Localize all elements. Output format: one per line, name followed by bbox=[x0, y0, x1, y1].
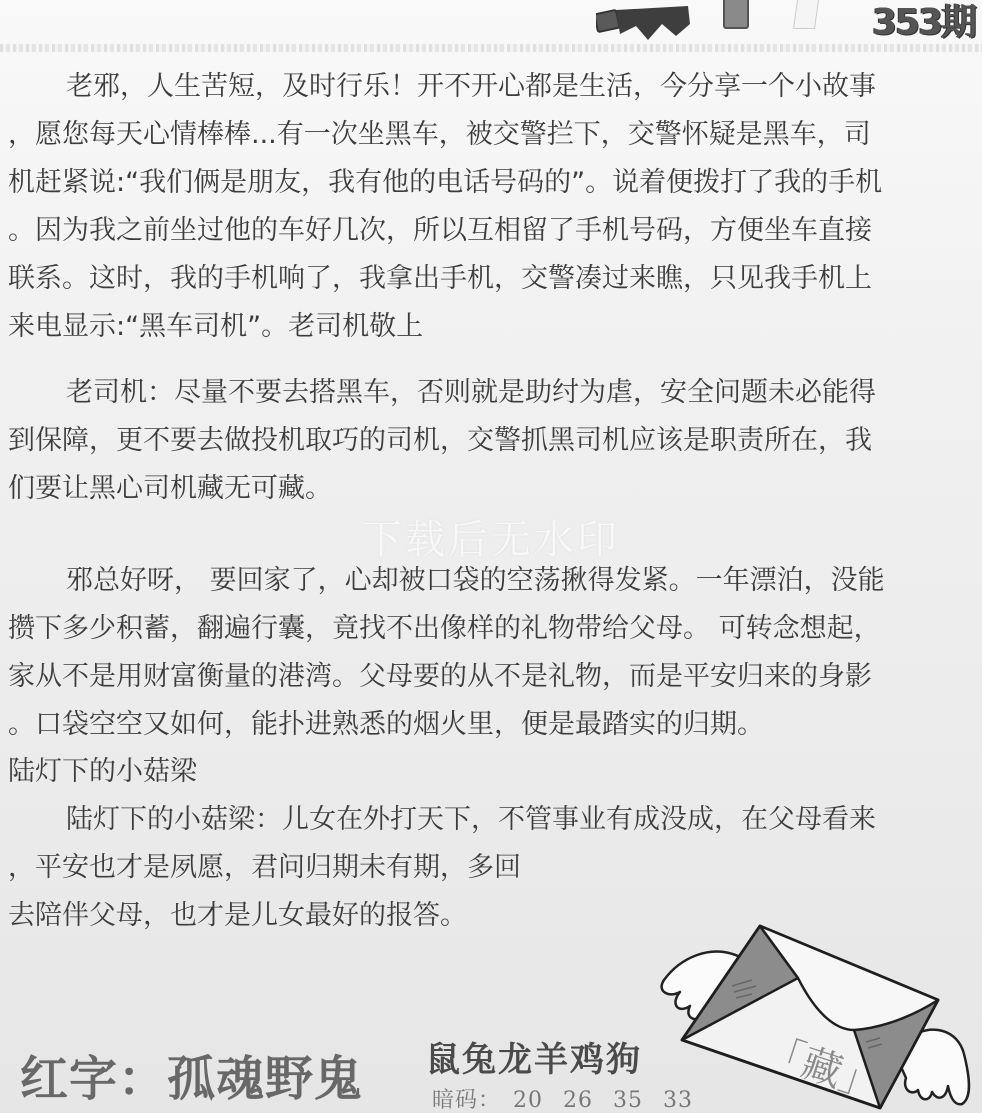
text-line: 机赶紧说:“我们俩是朋友，我有他的电话号码的”。说着便拨打了我的手机 bbox=[8, 159, 982, 207]
paragraph-driver-reply: 老司机：尽量不要去搭黑车，否则就是助纣为虐，安全问题未必能得 到保障，更不要去做… bbox=[8, 369, 982, 513]
header-banner: 353期 bbox=[0, 0, 982, 52]
paragraph-intro-story: 老邪，人生苦短，及时行乐！开不开心都是生活，今分享一个小故事 ，愿您每天心情棒棒… bbox=[8, 63, 982, 351]
author-name-line: 陆灯下的小菇梁 bbox=[8, 748, 982, 796]
secret-code-number: 26 bbox=[563, 1088, 593, 1113]
header-divider-strip bbox=[0, 44, 982, 52]
text-line: ，平安也才是夙愿，君问归期未有期，多回 bbox=[8, 844, 982, 892]
text-line: 到保障，更不要去做投机取巧的司机，交警抓黑司机应该是职责所在，我 bbox=[8, 417, 982, 465]
decorative-bar bbox=[723, 0, 749, 29]
secret-code-number: 33 bbox=[663, 1088, 693, 1113]
text-line: 陆灯下的小菇梁：儿女在外打天下，不管事业有成没成，在父母看来 bbox=[8, 796, 982, 844]
decorative-bar-light bbox=[793, 0, 819, 29]
red-character-label: 红字：孤魂野鬼 bbox=[20, 1040, 363, 1109]
text-line: 们要让黑心司机藏无可藏。 bbox=[8, 465, 982, 513]
secret-code-number: 20 bbox=[513, 1088, 543, 1113]
paragraph-going-home: 邪总好呀， 要回家了，心却被口袋的空荡揪得发紧。一年漂泊，没能 攒下多少积蓄，翻… bbox=[8, 557, 982, 749]
author-name: 陆灯下的小菇梁 bbox=[8, 748, 982, 796]
secret-code-label: 暗码： bbox=[432, 1088, 501, 1113]
text-line: 来电显示:“黑车司机”。老司机敬上 bbox=[8, 303, 982, 351]
text-line: 。口袋空空又如何，能扑进熟悉的烟火里，便是最踏实的归期。 bbox=[8, 701, 982, 749]
text-line: 邪总好呀， 要回家了，心却被口袋的空荡揪得发紧。一年漂泊，没能 bbox=[8, 557, 982, 605]
zodiac-list: 鼠兔龙羊鸡狗 bbox=[426, 1032, 642, 1081]
text-line: 。因为我之前坐过他的车好几次，所以互相留了手机号码，方便坐车直接 bbox=[8, 207, 982, 255]
text-line: ，愿您每天心情棒棒...有一次坐黑车，被交警拦下，交警怀疑是黑车，司 bbox=[8, 111, 982, 159]
text-line: 攒下多少积蓄，翻遍行囊，竟找不出像样的礼物带给父母。 可转念想起， bbox=[8, 605, 982, 653]
secret-code-number: 35 bbox=[613, 1088, 643, 1113]
secret-code-line: 暗码： 20 26 35 33 bbox=[432, 1083, 705, 1113]
text-line: 老司机：尽量不要去搭黑车，否则就是助纣为虐，安全问题未必能得 bbox=[8, 369, 982, 417]
text-line: 家从不是用财富衡量的港湾。父母要的从不是礼物，而是平安归来的身影 bbox=[8, 653, 982, 701]
text-line: 老邪，人生苦短，及时行乐！开不开心都是生活，今分享一个小故事 bbox=[8, 63, 982, 111]
decorative-banner-graphic bbox=[596, 6, 692, 40]
issue-number: 353期 bbox=[872, 0, 975, 45]
text-line: 联系。这时，我的手机响了，我拿出手机，交警凑过来瞧，只见我手机上 bbox=[8, 255, 982, 303]
